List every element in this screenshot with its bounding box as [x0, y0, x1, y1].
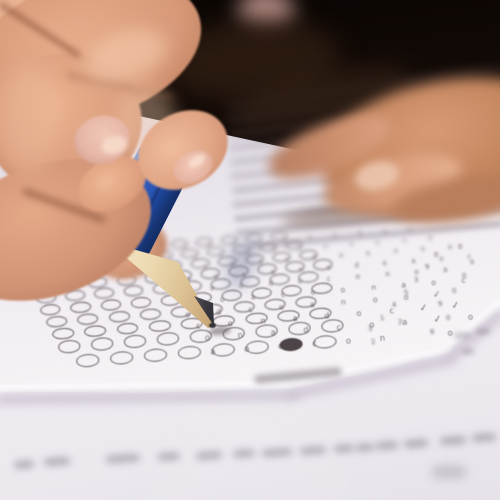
photo-scene: aodconoonadcoa✓oconadoc✓✓odcoanoo✓doacoo… — [0, 0, 500, 500]
writing-hand — [0, 0, 500, 500]
